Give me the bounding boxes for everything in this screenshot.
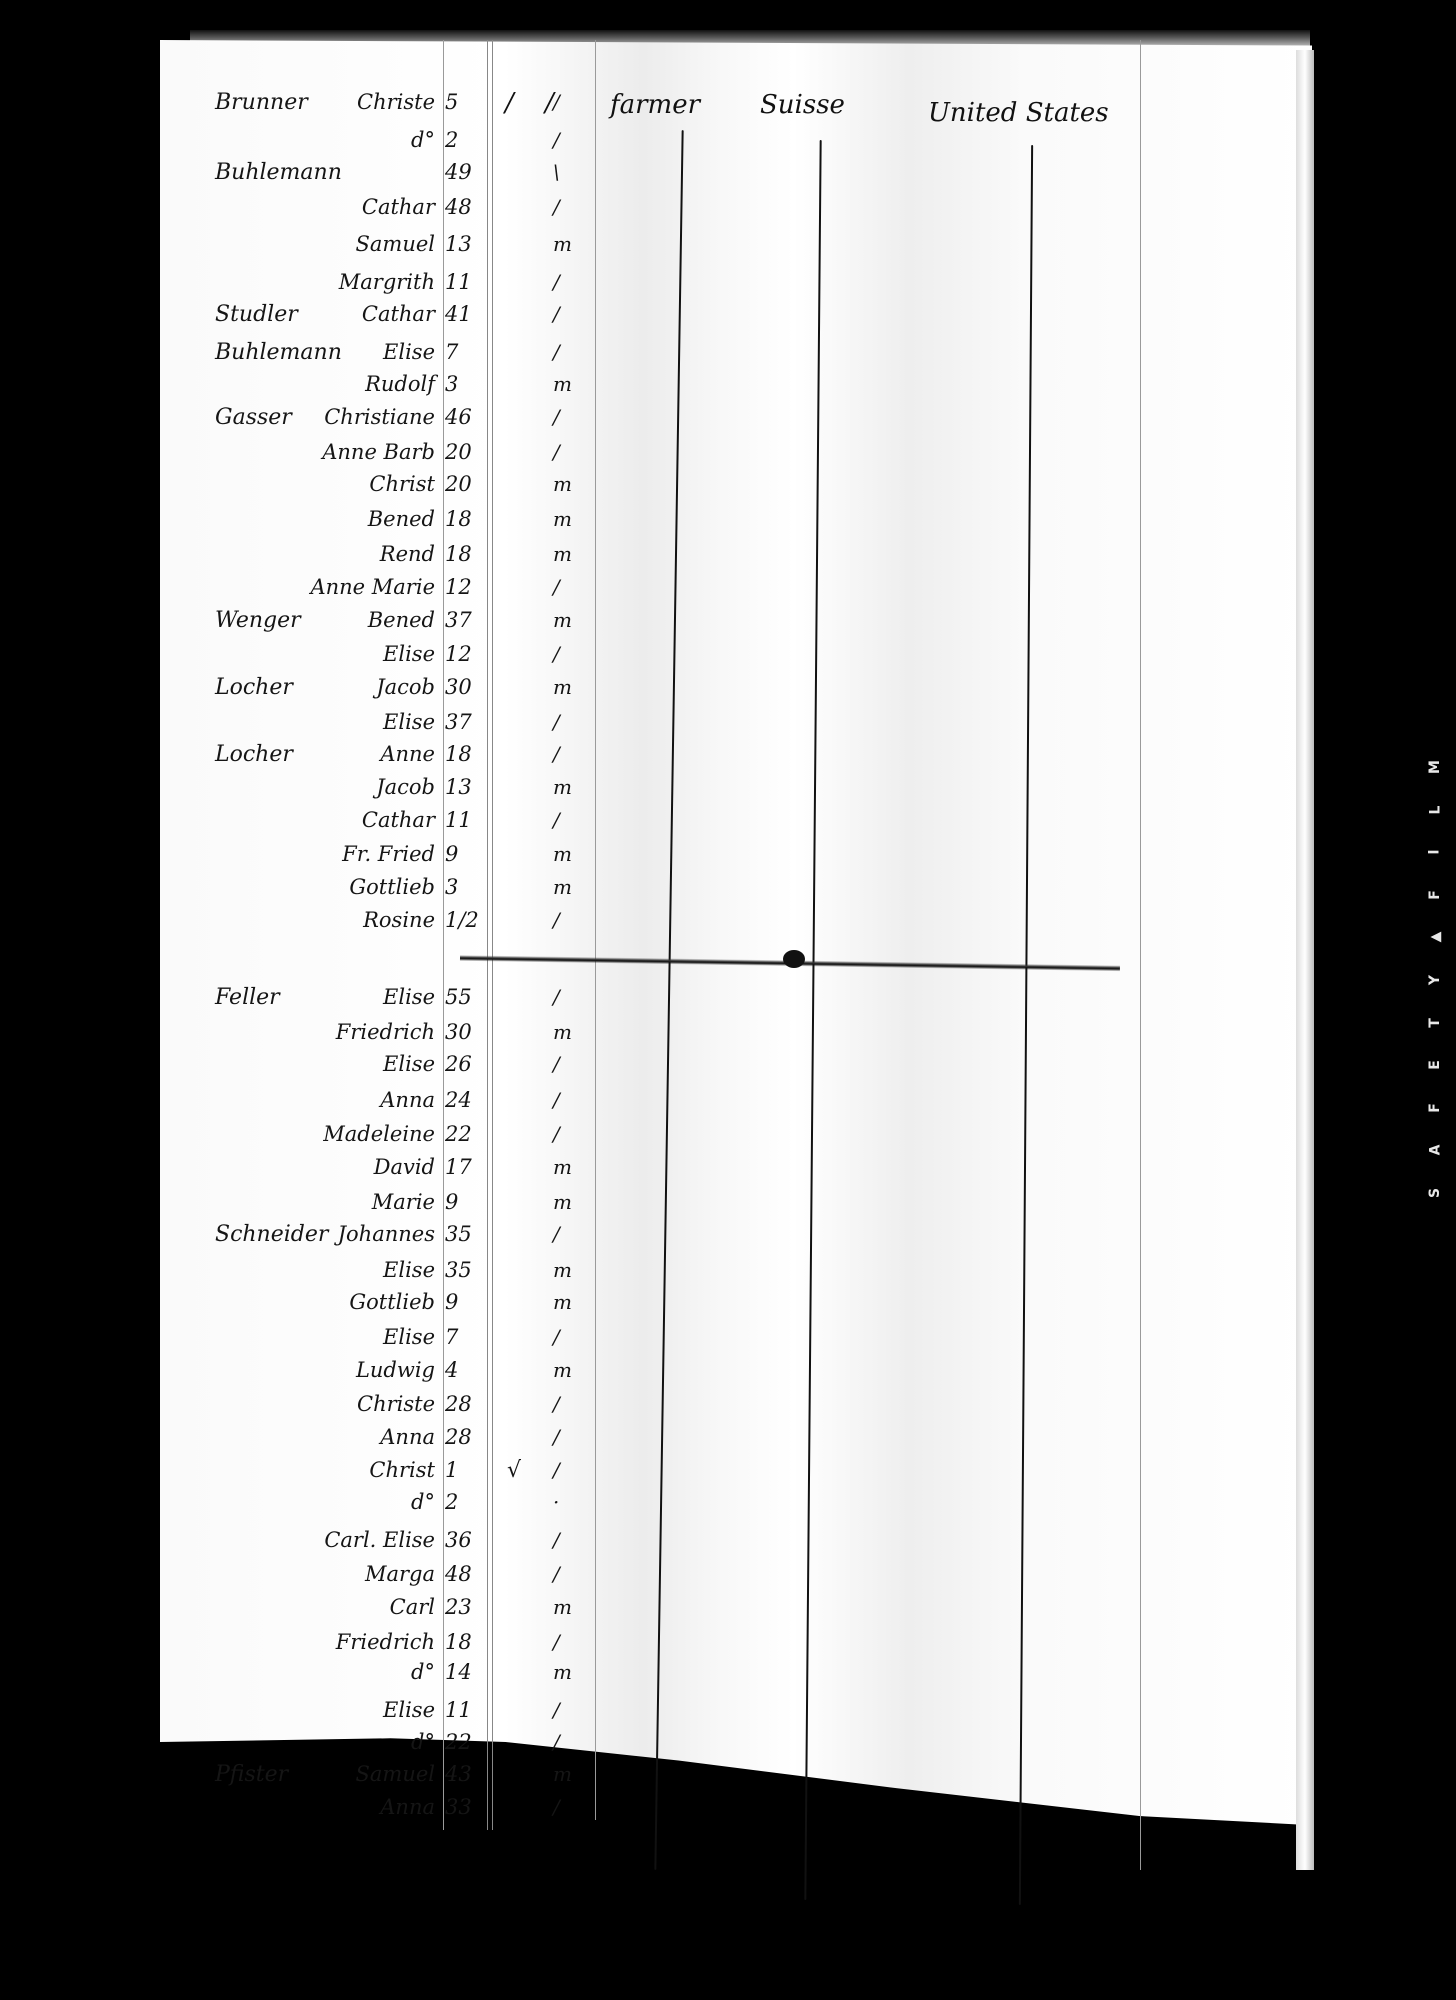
given-name: Elise	[225, 1325, 435, 1349]
age: 2	[445, 1490, 485, 1514]
age: 11	[445, 1698, 485, 1722]
sex-mark: /	[553, 1425, 583, 1449]
age: 48	[445, 195, 485, 219]
sex-mark: /	[553, 340, 583, 364]
age: 30	[445, 675, 485, 699]
given-name: Anna	[225, 1795, 435, 1819]
film-edge-letter: M	[1428, 760, 1442, 774]
given-name: Johannes	[225, 1222, 435, 1246]
sex-mark: m	[553, 1595, 583, 1619]
age: 12	[445, 575, 485, 599]
age: 17	[445, 1155, 485, 1179]
sex-mark: /	[553, 1698, 583, 1722]
age: 28	[445, 1425, 485, 1449]
age: 9	[445, 1190, 485, 1214]
sex-mark: m	[553, 232, 583, 256]
given-name: Madeleine	[225, 1122, 435, 1146]
age: 11	[445, 808, 485, 832]
film-edge-letter: A	[1428, 1145, 1442, 1156]
film-edge-letter: T	[1428, 1018, 1442, 1028]
age: 41	[445, 302, 485, 326]
film-edge-letter: I	[1428, 850, 1442, 855]
age: 20	[445, 472, 485, 496]
age: 18	[445, 1630, 485, 1654]
given-name: Marie	[225, 1190, 435, 1214]
age: 9	[445, 842, 485, 866]
given-name: Cathar	[225, 302, 435, 326]
sex-mark: /	[553, 1325, 583, 1349]
sex-mark: /	[553, 908, 583, 932]
age: 49	[445, 160, 485, 184]
given-name: Friedrich	[225, 1020, 435, 1044]
age: 37	[445, 608, 485, 632]
given-name: Elise	[225, 1258, 435, 1282]
age: 48	[445, 1562, 485, 1586]
age: 28	[445, 1392, 485, 1416]
sex-mark: /	[553, 90, 583, 114]
age: 23	[445, 1595, 485, 1619]
sex-mark: m	[553, 842, 583, 866]
sex-mark: m	[553, 472, 583, 496]
given-name: Elise	[225, 985, 435, 1009]
sex-mark: m	[553, 1258, 583, 1282]
film-edge-letter: E	[1428, 1060, 1442, 1070]
given-name: David	[225, 1155, 435, 1179]
age: 37	[445, 710, 485, 734]
age: 55	[445, 985, 485, 1009]
sex-mark: /	[553, 1730, 583, 1754]
header-flag-1: /	[505, 88, 514, 118]
given-name: Bened	[225, 507, 435, 531]
name-column-rule	[443, 40, 444, 1830]
given-name: Gottlieb	[225, 1290, 435, 1314]
given-name: Elise	[225, 710, 435, 734]
film-edge-letter: S	[1428, 1188, 1442, 1198]
sex-mark: m	[553, 775, 583, 799]
given-name: Elise	[225, 340, 435, 364]
sex-mark: /	[553, 1795, 583, 1819]
age: 35	[445, 1222, 485, 1246]
sex-mark: /	[553, 1562, 583, 1586]
sex-mark: /	[553, 1122, 583, 1146]
age: 33	[445, 1795, 485, 1819]
given-name: Rend	[225, 542, 435, 566]
age: 5	[445, 90, 485, 114]
film-edge-letter: L	[1428, 805, 1442, 814]
sex-mark: m	[553, 542, 583, 566]
sex-mark: /	[553, 808, 583, 832]
given-name: Carl. Elise	[225, 1528, 435, 1552]
sex-mark: /	[553, 1088, 583, 1112]
given-name: Rudolf	[225, 372, 435, 396]
sex-mark: /	[553, 1052, 583, 1076]
sex-mark: /	[553, 1222, 583, 1246]
given-name: Samuel	[225, 232, 435, 256]
given-name: Anna	[225, 1088, 435, 1112]
sex-mark: m	[553, 1660, 583, 1684]
given-name: Jacob	[225, 775, 435, 799]
given-name: Cathar	[225, 195, 435, 219]
age: 14	[445, 1660, 485, 1684]
given-name: Cathar	[225, 808, 435, 832]
given-name: Gottlieb	[225, 875, 435, 899]
sex-mark: /	[553, 128, 583, 152]
sex-column-rule	[595, 40, 596, 1820]
film-edge-letter: F	[1428, 890, 1442, 900]
age: 22	[445, 1730, 485, 1754]
given-name: Margrith	[225, 270, 435, 294]
sex-mark: m	[553, 1155, 583, 1179]
page-stack-edge	[1296, 50, 1314, 1870]
sex-mark: /	[553, 1528, 583, 1552]
age: 12	[445, 642, 485, 666]
age: 4	[445, 1358, 485, 1382]
given-name: Elise	[225, 642, 435, 666]
sex-mark: m	[553, 675, 583, 699]
given-name: d°	[225, 128, 435, 152]
sex-mark: m	[553, 1290, 583, 1314]
safety-film-edge-marking: SAFETY▲FILM	[1420, 760, 1450, 1200]
given-name: Elise	[225, 1052, 435, 1076]
age: 3	[445, 875, 485, 899]
age: 13	[445, 775, 485, 799]
age: 3	[445, 372, 485, 396]
age: 9	[445, 1290, 485, 1314]
sex-mark: /	[553, 1392, 583, 1416]
given-name: Friedrich	[225, 1630, 435, 1654]
given-name: Marga	[225, 1562, 435, 1586]
age: 35	[445, 1258, 485, 1282]
sex-mark: m	[553, 875, 583, 899]
given-name: Anna	[225, 1425, 435, 1449]
age: 18	[445, 507, 485, 531]
sex-mark: m	[553, 608, 583, 632]
header-occupation: farmer	[610, 90, 700, 120]
given-name: Anne	[225, 742, 435, 766]
surname: Buhlemann	[215, 160, 342, 185]
given-name: Elise	[225, 1698, 435, 1722]
right-margin-rule	[1140, 40, 1141, 1870]
sex-mark: /	[553, 742, 583, 766]
given-name: Ludwig	[225, 1358, 435, 1382]
sex-mark: /	[553, 642, 583, 666]
header-origin: Suisse	[760, 90, 845, 120]
flag-mark: √	[507, 1458, 527, 1483]
given-name: Samuel	[225, 1762, 435, 1786]
sex-mark: m	[553, 372, 583, 396]
sex-mark: /	[553, 710, 583, 734]
sex-mark: /	[553, 1458, 583, 1482]
given-name: Christiane	[225, 405, 435, 429]
given-name: Anne Barb	[225, 440, 435, 464]
given-name: d°	[225, 1490, 435, 1514]
age: 7	[445, 1325, 485, 1349]
given-name: Anne Marie	[225, 575, 435, 599]
given-name: Bened	[225, 608, 435, 632]
age: 13	[445, 232, 485, 256]
age: 18	[445, 542, 485, 566]
film-edge-letter: ▲	[1428, 932, 1442, 943]
film-edge-letter: Y	[1428, 975, 1442, 985]
fold-knot	[783, 950, 805, 968]
age: 18	[445, 742, 485, 766]
sex-mark: m	[553, 1190, 583, 1214]
sex-mark: /	[553, 575, 583, 599]
sex-mark: /	[553, 302, 583, 326]
age: 1/2	[445, 908, 485, 932]
age: 24	[445, 1088, 485, 1112]
given-name: d°	[225, 1730, 435, 1754]
given-name: Christ	[225, 472, 435, 496]
age: 26	[445, 1052, 485, 1076]
sex-mark: /	[553, 1630, 583, 1654]
age: 43	[445, 1762, 485, 1786]
given-name: Fr. Fried	[225, 842, 435, 866]
age: 46	[445, 405, 485, 429]
age: 20	[445, 440, 485, 464]
sex-mark: /	[553, 985, 583, 1009]
age-column-rule	[487, 40, 493, 1830]
given-name: Christ	[225, 1458, 435, 1482]
sex-mark: /	[553, 405, 583, 429]
age: 7	[445, 340, 485, 364]
given-name: Christe	[225, 90, 435, 114]
film-edge-letter: F	[1428, 1103, 1442, 1113]
header-destination: United States	[928, 98, 1109, 128]
sex-mark: /	[553, 440, 583, 464]
sex-mark: /	[553, 270, 583, 294]
sex-mark: m	[553, 1762, 583, 1786]
sex-mark: ·	[553, 1490, 583, 1514]
given-name: Christe	[225, 1392, 435, 1416]
sex-mark: m	[553, 1358, 583, 1382]
sex-mark: m	[553, 1020, 583, 1044]
sex-mark: m	[553, 507, 583, 531]
age: 2	[445, 128, 485, 152]
sex-mark: /	[553, 195, 583, 219]
sex-mark: \	[553, 160, 583, 184]
age: 11	[445, 270, 485, 294]
age: 1	[445, 1458, 485, 1482]
given-name: Jacob	[225, 675, 435, 699]
given-name: Carl	[225, 1595, 435, 1619]
age: 30	[445, 1020, 485, 1044]
age: 36	[445, 1528, 485, 1552]
age: 22	[445, 1122, 485, 1146]
given-name: d°	[225, 1660, 435, 1684]
given-name: Rosine	[225, 908, 435, 932]
